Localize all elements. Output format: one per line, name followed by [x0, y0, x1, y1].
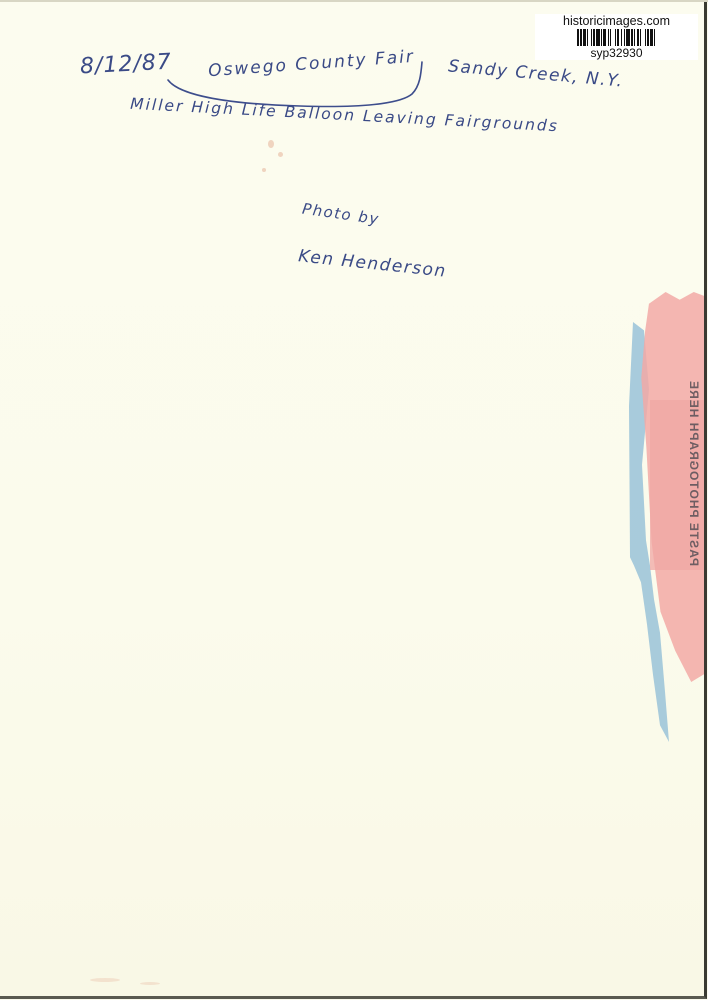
stain-speck	[278, 152, 283, 157]
page-top-edge	[0, 0, 708, 2]
stain-speck	[90, 978, 120, 982]
handwritten-event: Oswego County Fair	[208, 47, 416, 81]
stain-speck	[140, 982, 160, 985]
archive-site-name: historicimages.com	[535, 14, 698, 28]
stain-speck	[268, 140, 274, 148]
handwritten-photographer: Ken Henderson	[297, 246, 447, 281]
handwritten-credit-label: Photo by	[301, 200, 381, 229]
handwritten-caption: Miller High Life Balloon Leaving Fairgro…	[130, 95, 559, 135]
glue-stain-pink-core	[650, 400, 704, 570]
photo-back-page: historicimages.com syp32930 8/12/87 Oswe…	[0, 0, 707, 999]
archive-id: syp32930	[535, 47, 698, 60]
stain-speck	[262, 168, 266, 172]
handwritten-location: Sandy Creek, N.Y.	[447, 56, 624, 91]
archive-label: historicimages.com syp32930	[535, 14, 698, 60]
barcode-icon	[562, 29, 672, 46]
handwritten-date: 8/12/87	[79, 50, 172, 80]
